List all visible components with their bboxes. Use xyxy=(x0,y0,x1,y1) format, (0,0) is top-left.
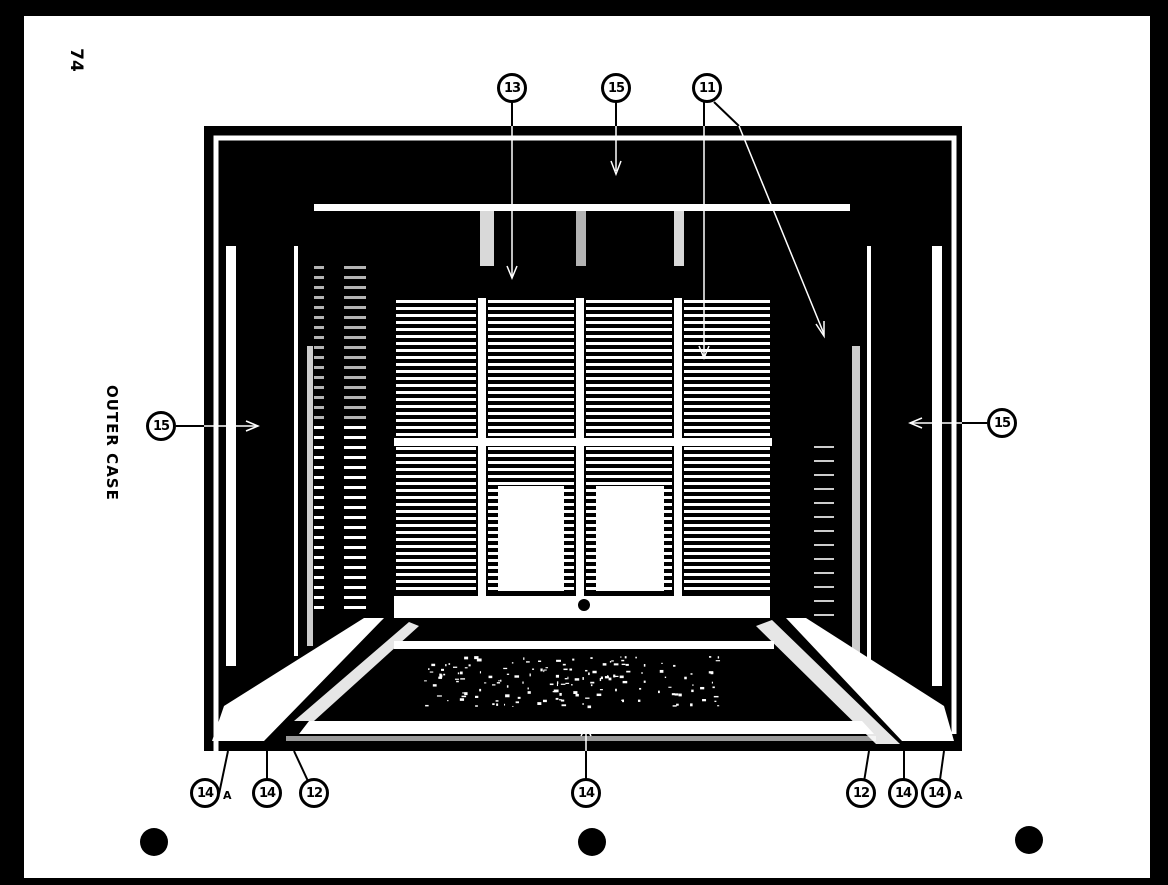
callout-15-top: 15 xyxy=(601,73,631,103)
catalog-page: 74 OUTER CASE xyxy=(24,16,1150,878)
callout-14a-right: 14 xyxy=(921,778,951,808)
callout-14a-right-suffix: A xyxy=(954,789,963,802)
callout-13-top: 13 xyxy=(497,73,527,103)
callout-14-center: 14 xyxy=(571,778,601,808)
callout-14a-left-suffix: A xyxy=(223,789,232,802)
callout-14a-left: 14 xyxy=(190,778,220,808)
callout-15-right: 15 xyxy=(987,408,1017,438)
callout-12-left: 12 xyxy=(299,778,329,808)
binder-hole-left xyxy=(140,828,168,856)
callout-14-left: 14 xyxy=(252,778,282,808)
callout-12-right: 12 xyxy=(846,778,876,808)
callout-11-top: 11 xyxy=(692,73,722,103)
callout-15-left: 15 xyxy=(146,411,176,441)
binder-hole-center xyxy=(578,828,606,856)
outer-case-illustration xyxy=(24,16,1150,878)
callout-14-right: 14 xyxy=(888,778,918,808)
binder-hole-right xyxy=(1015,826,1043,854)
